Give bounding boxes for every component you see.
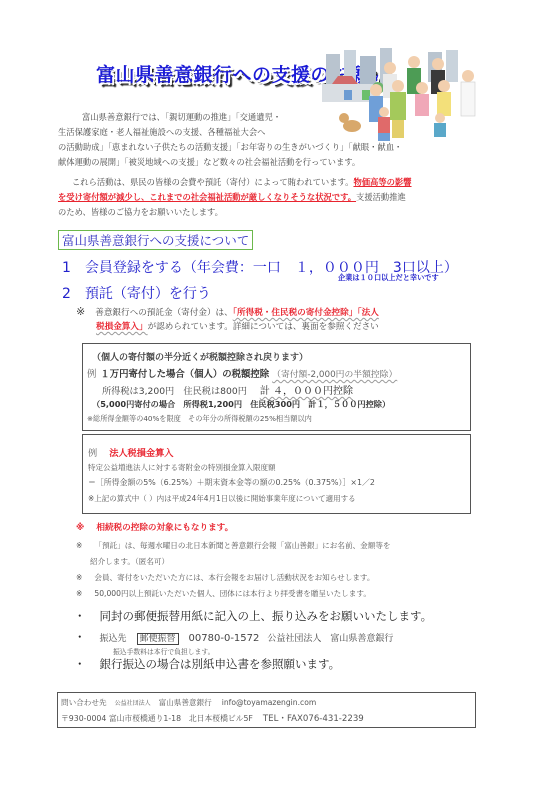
bullet-text-1: 同封の郵便振替用紙に記入の上、振り込みをお願いいたします。: [100, 609, 433, 623]
deduction-note-line-1: ※善意銀行への預託金（寄付金）は、「所得税・住民税の寄付金控除」「法人: [76, 304, 379, 321]
deduction-red-text: 「所得税・住民税の寄付金控除」「法人: [233, 308, 379, 318]
note-text-0: 相続税の控除の対象にもなります。: [96, 523, 233, 533]
note-mark-4: ※: [76, 589, 82, 598]
contact-email: info@toyamazengin.com: [222, 698, 317, 707]
deduction-text-2: が認められています。詳細については、裏面を参照ください: [148, 322, 379, 332]
intro-line-1: 富山県善意銀行では、「親切運動の推進」「交通遺児・: [82, 110, 281, 125]
intro-red-highlight: 物価高等の影響: [353, 177, 411, 187]
bullet-glyph-2: ・: [74, 630, 86, 644]
note-text-1: 「預託」は、毎週水曜日の北日本新聞と善意銀行会報「富山善銀」にお名前、金額等を: [94, 541, 390, 550]
contact-line-1: 問い合わせ先公益社団法人富山県善意銀行info@toyamazengin.com: [61, 697, 316, 708]
people-illustration-icon: [318, 46, 488, 146]
corporate-title: 法人税損金算入: [109, 448, 173, 459]
intro-para2-line-2: を受け寄付額が減少し、これまでの社会福祉活動が厳しくなりそうな状況です。支援活動…: [58, 190, 406, 205]
bullet-text-3: 銀行振込の場合は別紙申込書を参照願います。: [100, 657, 341, 671]
bullet-transfer-destination: ・振込先郵便振替00780-0-1572公益社団法人 富山県善意銀行: [74, 630, 393, 647]
corporate-headline: 例法人税損金算入: [88, 445, 174, 459]
account-number: 00780-0-1572: [189, 633, 260, 644]
corporate-line-1: 特定公益増進法人に対する寄附金の特別損金算入限度額: [88, 462, 276, 473]
corporate-note: 企業は１０口以上だと幸いです: [338, 273, 439, 283]
individual-example: 例１万円寄付した場合（個人）の税額控除 （寄付額-2,000円の半額控除）: [87, 366, 397, 380]
contact-label: 問い合わせ先: [61, 698, 107, 707]
individual-headline: （個人の寄付額の半分近くが税額控除され戻ります）: [92, 350, 308, 363]
corporate-formula: ＝［所得金額の5%（6.25%）＋期末資本金等の額の0.25%（0.375%）］…: [88, 477, 375, 488]
individual-amounts: 所得税は3,200円 住民税は800円 計 ４，０００円控除: [102, 382, 353, 397]
deduction-red-text-2: 税損金算入」: [96, 322, 148, 332]
individual-limit-note: ※総所得金額等の40%を限度 その年分の所得税額の25%相当額以内: [87, 414, 312, 424]
deduction-text: 善意銀行への預託金（寄付金）は、: [95, 308, 233, 318]
note-mark-3: ※: [76, 573, 82, 582]
contact-line-2: 〒930-0004 富山市桜橋通り1-18 北日本桜橋ビル5FTEL・FAX07…: [61, 712, 364, 724]
intro-line-4: 献体運動の展開」「被災地域への支援」など数々の社会福祉活動を行っています。: [58, 155, 360, 170]
bullet-glyph: ・: [74, 609, 86, 623]
bullet-bank-transfer: ・銀行振込の場合は別紙申込書を参照願います。: [74, 656, 340, 672]
example-text: １万円寄付した場合（個人）の税額控除: [100, 369, 269, 380]
example-formula: （寄付額-2,000円の半額控除）: [272, 370, 397, 380]
intro-text-2: 支援活動推進: [356, 192, 406, 202]
intro-para2-line-1: これら活動は、県民の皆様の会費や預託（寄付）によって賄われています。物価高等の影…: [72, 175, 412, 190]
example-label: 例: [87, 369, 96, 380]
transfer-label: 振込先: [100, 634, 127, 644]
intro-red-highlight-2: を受け寄付額が減少し、これまでの社会福祉活動が厳しくなりそうな状況です。: [58, 192, 356, 202]
note-anonymous: 紹介します。（匿名可）: [90, 556, 169, 567]
individual-5000-example: （5,000円寄付の場合 所得税1,200円 住民税300円 計１，５００円控除…: [92, 399, 390, 410]
corporate-example-label: 例: [88, 448, 97, 459]
note-text-3: 会員、寄付をいただいた方には、本行会報をお届けし活動状況をお知らせします。: [94, 573, 374, 582]
section-heading-support: 富山県善意銀行への支援について: [58, 230, 253, 250]
contact-address: 〒930-0004 富山市桜橋通り1-18 北日本桜橋ビル5F: [61, 714, 253, 723]
bullet-postal-transfer: ・同封の郵便振替用紙に記入の上、振り込みをお願いいたします。: [74, 608, 432, 624]
intro-line-3: の活動助成」「恵まれない子供たちの活動支援」「お年寄りの生きがいづくり」「献眼・…: [58, 140, 402, 155]
note-text-4: 50,000円以上預託いただいた個人、団体には本行より拝受書を贈呈いたします。: [94, 589, 371, 598]
contact-org-type: 公益社団法人: [115, 700, 151, 707]
bullet-glyph-3: ・: [74, 657, 86, 671]
note-mark-0: ※: [76, 523, 84, 533]
deduction-note-line-2: 税損金算入」が認められています。詳細については、裏面を参照ください: [96, 320, 379, 335]
contact-org-name: 富山県善意銀行: [159, 698, 212, 707]
intro-para2-line-3: のため、皆様のご協力をお願いいたします。: [58, 205, 223, 220]
total-deduction: 計 ４，０００円控除: [260, 386, 353, 397]
transfer-fee-note: 振込手数料は本行で負担します。: [113, 646, 214, 656]
note-mark-1: ※: [76, 541, 82, 550]
community-illustration: [318, 46, 488, 146]
note-newsletter: ※会員、寄付をいただいた方には、本行会報をお届けし活動状況をお知らせします。: [76, 572, 375, 583]
note-inheritance-tax: ※相続税の控除の対象にもなります。: [76, 521, 233, 536]
note-certificate: ※50,000円以上預託いただいた個人、団体には本行より拝受書を贈呈いたします。: [76, 588, 371, 599]
corporate-footnote: ※上記の算式中（ ）内は平成24年4月1日以後に開始事業年度について適用する: [88, 493, 356, 504]
support-item-deposit: 2 預託（寄付）を行う: [62, 283, 211, 303]
income-tax-amount: 所得税は3,200円 住民税は800円: [102, 386, 247, 397]
contact-phone: TEL・FAX076-431-2239: [263, 714, 364, 724]
intro-text: これら活動は、県民の皆様の会費や預託（寄付）によって賄われています。: [72, 177, 353, 187]
note-mark: ※: [76, 305, 85, 318]
intro-line-2: 生活保護家庭・老人福祉施設への支援、各種福祉大会へ: [58, 125, 265, 140]
note-newspaper: ※「預託」は、毎週水曜日の北日本新聞と善意銀行会報「富山善銀」にお名前、金額等を: [76, 540, 391, 551]
transfer-method: 郵便振替: [137, 633, 179, 645]
recipient: 公益社団法人 富山県善意銀行: [267, 634, 393, 644]
